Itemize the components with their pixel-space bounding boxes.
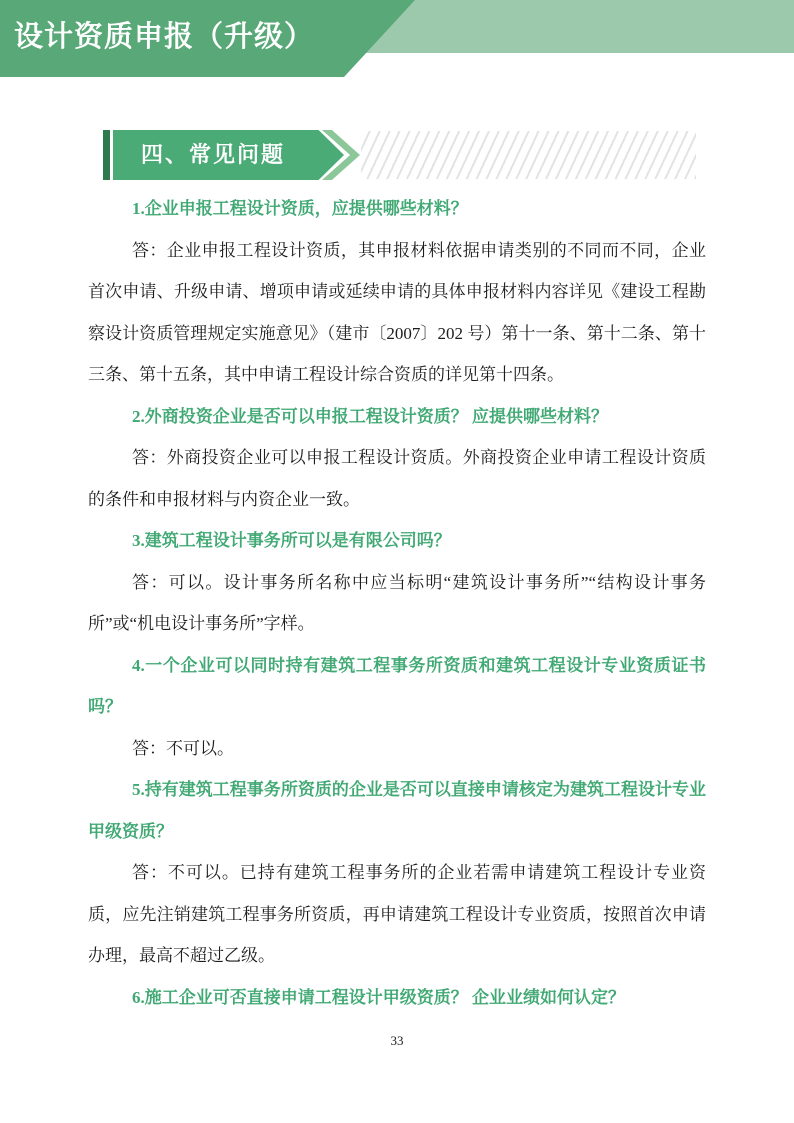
- answer-text: 答：可以。设计事务所名称中应当标明“建筑设计事务所”“结构设计事务所”或“机电设…: [88, 562, 706, 645]
- answer-text: 答：外商投资企业可以申报工程设计资质。外商投资企业申请工程设计资质的条件和申报材…: [88, 437, 706, 520]
- question-text: 6.施工企业可否直接申请工程设计甲级资质？ 企业业绩如何认定？: [88, 977, 706, 1019]
- question-text: 5.持有建筑工程事务所资质的企业是否可以直接申请核定为建筑工程设计专业甲级资质？: [88, 769, 706, 852]
- page-number: 33: [0, 1033, 794, 1049]
- answer-text: 答：企业申报工程设计资质，其申报材料依据申请类别的不同而不同，企业首次申请、升级…: [88, 230, 706, 396]
- section-left-bar: [103, 130, 110, 180]
- section-banner: 四、常见问题: [103, 130, 703, 180]
- section-title: 四、常见问题: [141, 130, 285, 180]
- answer-text: 答：不可以。已持有建筑工程事务所的企业若需申请建筑工程设计专业资质，应先注销建筑…: [88, 852, 706, 977]
- question-text: 4.一个企业可以同时持有建筑工程事务所资质和建筑工程设计专业资质证书吗？: [88, 645, 706, 728]
- faq-content: 1.企业申报工程设计资质，应提供哪些材料？答：企业申报工程设计资质，其申报材料依…: [88, 188, 706, 1018]
- question-text: 2.外商投资企业是否可以申报工程设计资质？ 应提供哪些材料？: [88, 396, 706, 438]
- question-text: 3.建筑工程设计事务所可以是有限公司吗？: [88, 520, 706, 562]
- page-title: 设计资质申报（升级）: [14, 0, 314, 77]
- answer-text: 答：不可以。: [88, 728, 706, 770]
- diagonal-stripes-decoration: [361, 131, 696, 179]
- question-text: 1.企业申报工程设计资质，应提供哪些材料？: [88, 188, 706, 230]
